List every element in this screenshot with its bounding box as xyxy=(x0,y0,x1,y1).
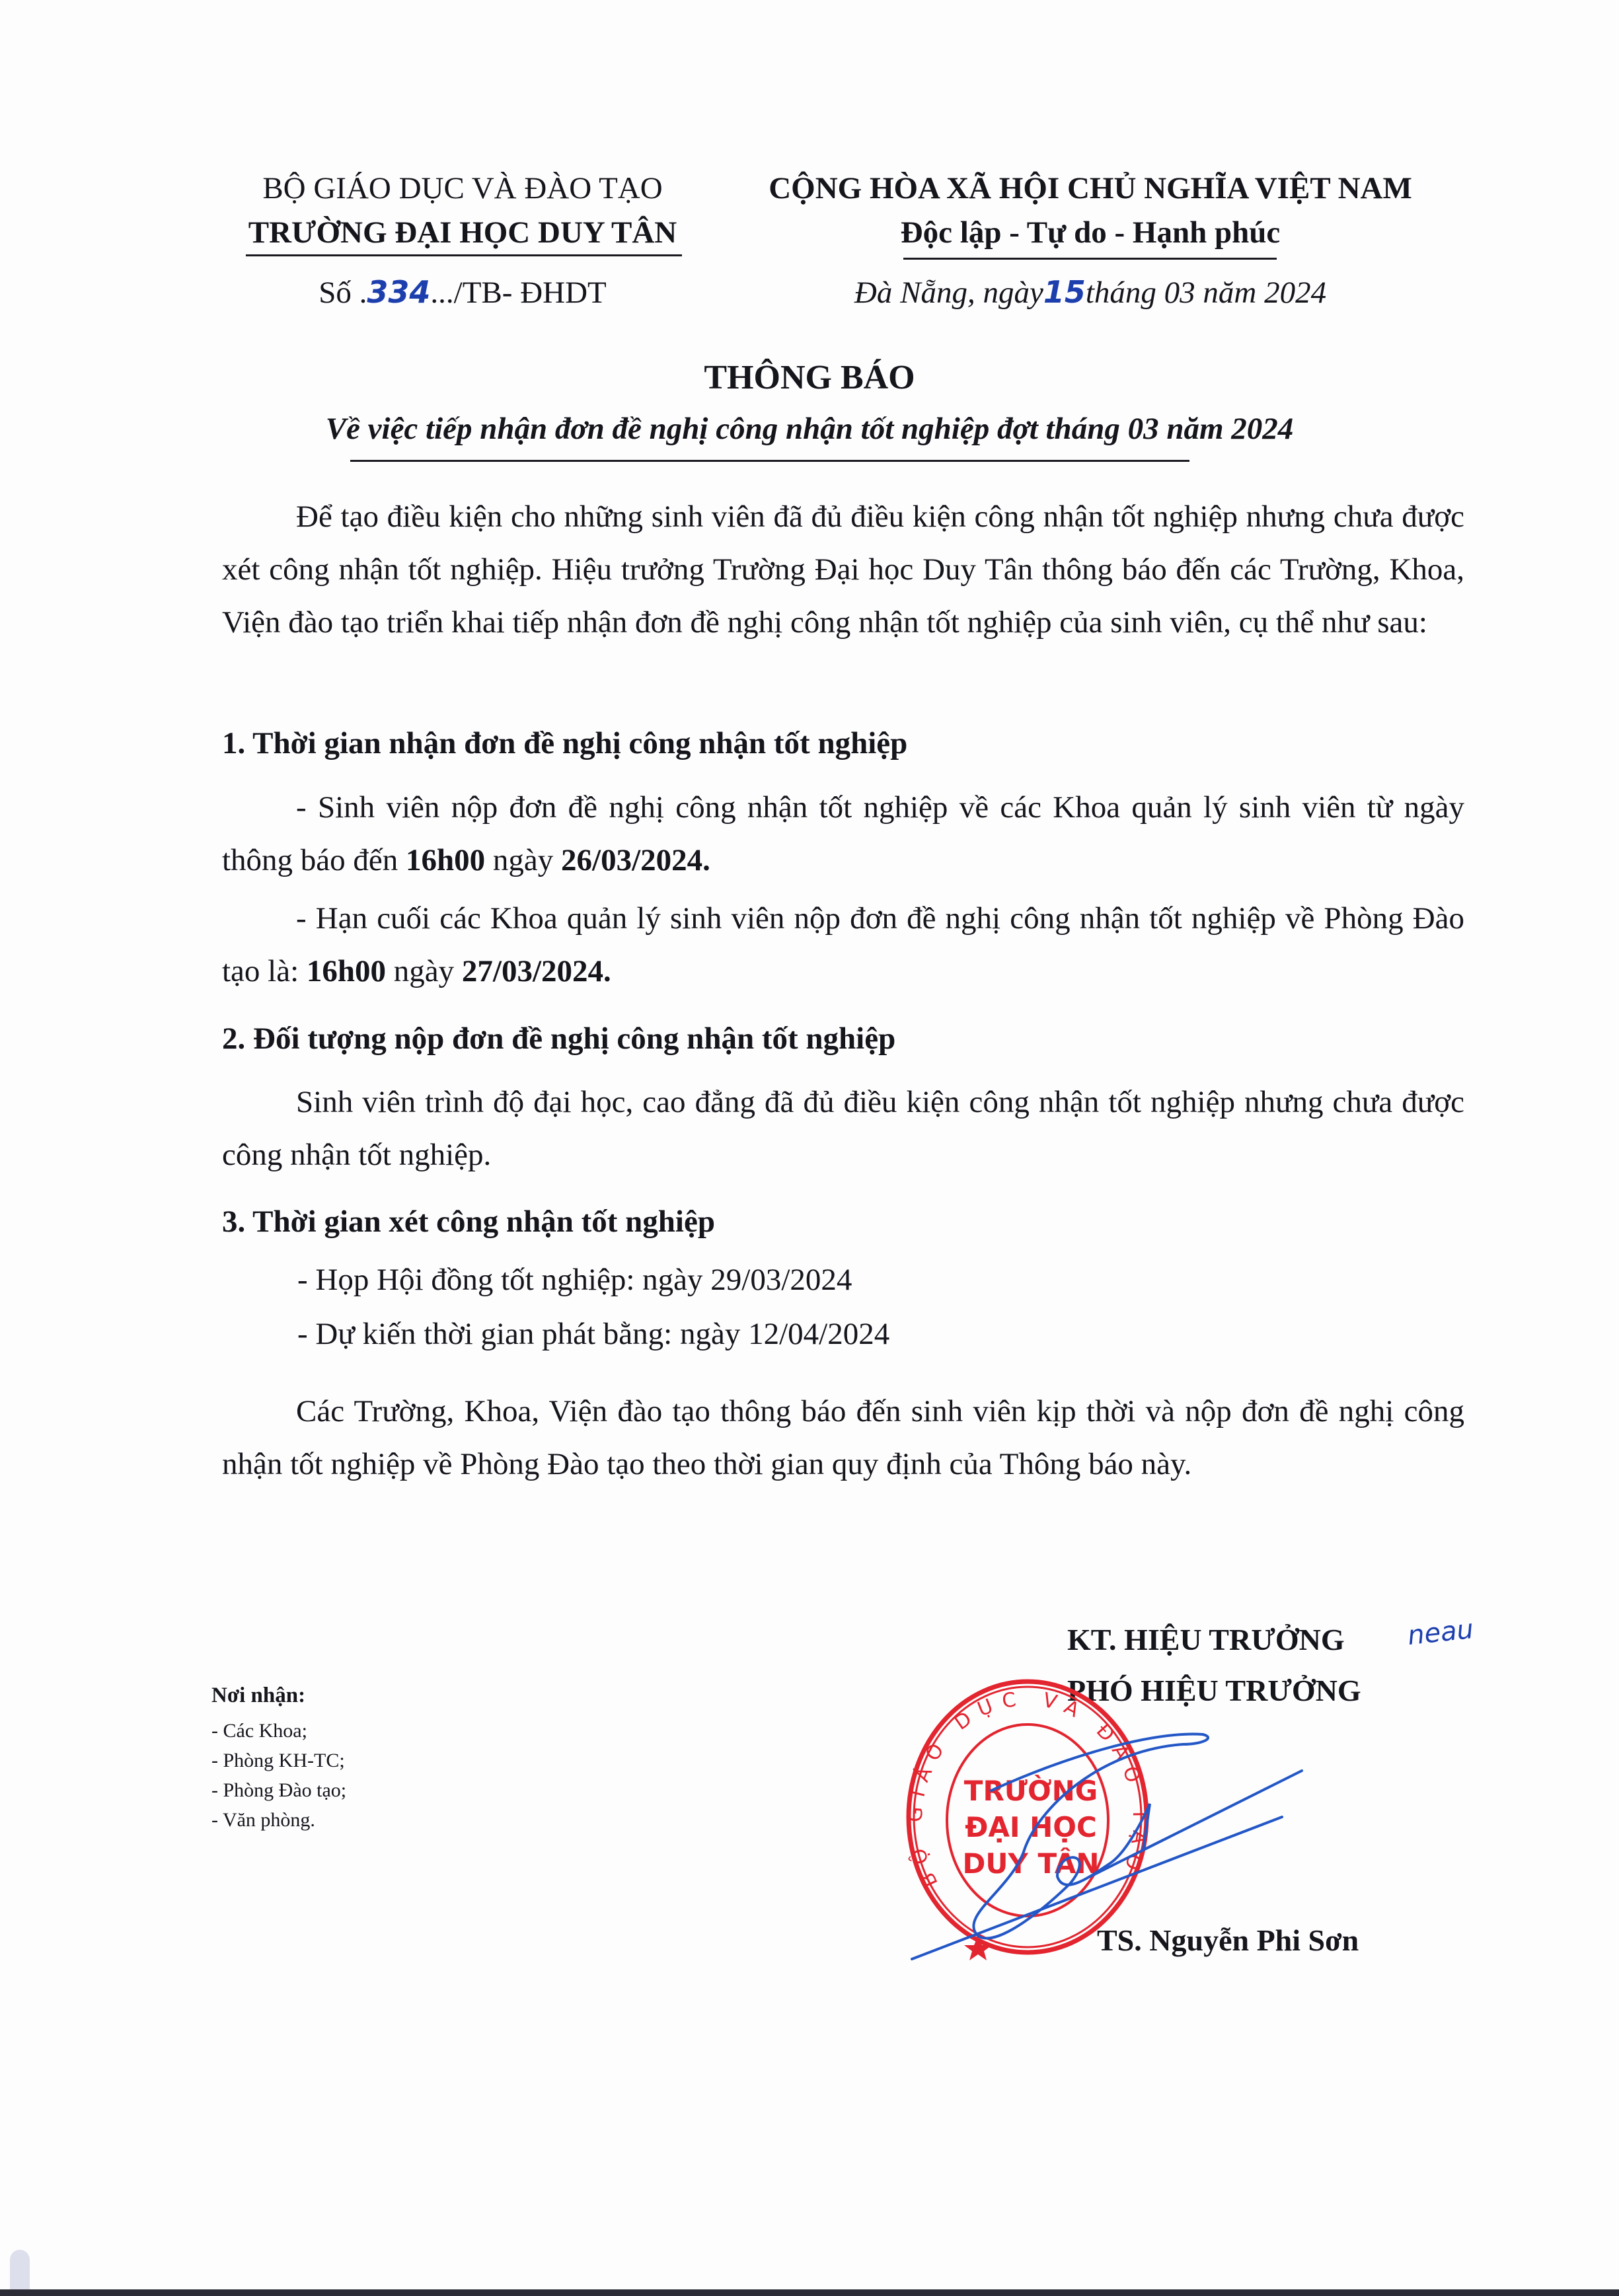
section-2-heading: 2. Đối tượng nộp đơn đề nghị công nhận t… xyxy=(222,1021,895,1056)
item-text: ngày xyxy=(386,954,462,988)
recipients-label: Nơi nhận: xyxy=(211,1682,305,1710)
item-text: ngày xyxy=(485,843,561,877)
closing-paragraph: Các Trường, Khoa, Viện đào tạo thông báo… xyxy=(222,1385,1464,1491)
intro-paragraph: Để tạo điều kiện cho những sinh viên đã … xyxy=(222,490,1464,649)
university-underline xyxy=(246,254,682,256)
signature-title-1: KT. HIỆU TRƯỞNG xyxy=(1067,1622,1345,1657)
notice-subtitle: Về việc tiếp nhận đơn đề nghị công nhận … xyxy=(198,411,1421,447)
section-3-bullet-1: - Họp Hội đồng tốt nghiệp: ngày 29/03/20… xyxy=(297,1262,852,1298)
recipient-item: - Phòng KH-TC; xyxy=(211,1746,345,1775)
doc-number-prefix: Số . xyxy=(319,276,367,310)
deadline-time: 16h00 xyxy=(307,954,386,988)
day-handwritten: 15 xyxy=(1043,274,1086,310)
handwritten-initials: neau xyxy=(1406,1614,1475,1651)
deadline-time: 16h00 xyxy=(406,843,485,877)
ministry-name: BỘ GIÁO DỤC VÀ ĐÀO TẠO xyxy=(198,168,727,208)
section-1-item-1: - Sinh viên nộp đơn đề nghị công nhận tố… xyxy=(222,781,1464,887)
doc-number-handwritten: 334 xyxy=(367,274,430,310)
place-date-prefix: Đà Nẵng, ngày xyxy=(854,276,1043,310)
place-date-suffix: tháng 03 năm 2024 xyxy=(1086,276,1326,310)
place-date: Đà Nẵng, ngày15tháng 03 năm 2024 xyxy=(740,272,1441,313)
recipient-item: - Văn phòng. xyxy=(211,1806,315,1834)
section-3-heading: 3. Thời gian xét công nhận tốt nghiệp xyxy=(222,1204,715,1240)
scan-bottom-edge xyxy=(0,2289,1619,2296)
section-3-bullet-2: - Dự kiến thời gian phát bằng: ngày 12/0… xyxy=(297,1316,889,1352)
signer-name: TS. Nguyễn Phi Sơn xyxy=(1097,1923,1359,1958)
university-name: TRƯỜNG ĐẠI HỌC DUY TÂN xyxy=(198,213,727,252)
deadline-date: 27/03/2024. xyxy=(462,954,611,988)
section-2-paragraph: Sinh viên trình độ đại học, cao đẳng đã … xyxy=(222,1076,1464,1181)
national-motto: Độc lập - Tự do - Hạnh phúc xyxy=(740,213,1441,252)
deadline-date: 26/03/2024. xyxy=(561,843,710,877)
motto-underline xyxy=(903,258,1277,260)
recipient-item: - Phòng Đào tạo; xyxy=(211,1776,346,1804)
document-number: Số .334.../TB- ĐHDT xyxy=(198,272,727,313)
country-name: CỘNG HÒA XÃ HỘI CHỦ NGHĨA VIỆT NAM xyxy=(740,168,1441,208)
section-1-item-2: - Hạn cuối các Khoa quản lý sinh viên nộ… xyxy=(222,892,1464,998)
notice-title: THÔNG BÁO xyxy=(0,358,1619,397)
recipient-item: - Các Khoa; xyxy=(211,1717,307,1745)
subtitle-underline xyxy=(350,460,1189,462)
doc-number-suffix: .../TB- ĐHDT xyxy=(430,276,606,310)
section-1-heading: 1. Thời gian nhận đơn đề nghị công nhận … xyxy=(222,725,907,761)
